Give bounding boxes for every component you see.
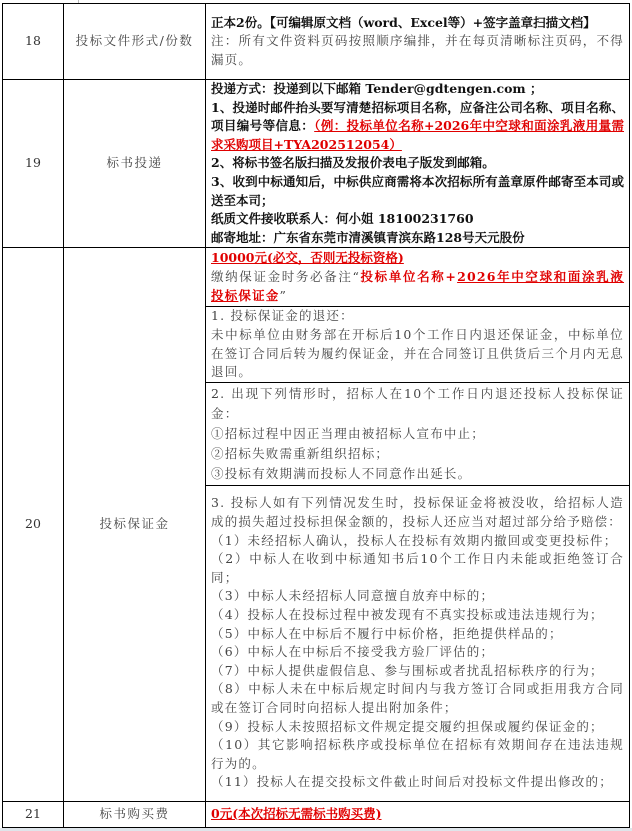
page-number-note: 注：所有文件资料页码按照顺序编排，并在每页清晰标注页码，不得漏页。 — [211, 32, 624, 69]
deposit-amount: 10000元(必交，否则无投标资格) — [211, 249, 624, 268]
row-number: 21 — [3, 801, 64, 827]
row-label: 标书购买费 — [64, 801, 206, 827]
list-item: （3）中标人未经招标人同意擅自放弃中标的； — [211, 587, 624, 606]
list-item: （1）未经招标人确认，投标人在投标有效期内撤回或变更投标件； — [211, 532, 624, 551]
row-number: 19 — [3, 80, 64, 248]
send-scan-instruction: 2、将标书签名版扫描及发报价表电子版发到邮箱。 — [211, 154, 624, 173]
bidding-terms-table: 18 投标文件形式/份数 正本2份。【可编辑原文档（word、Excel等）+签… — [2, 3, 630, 828]
section-text: 未中标单位由财务部在开标后10个工作日内退还保证金，中标单位在签订合同后转为履约… — [211, 326, 624, 382]
list-item: ③投标有效期满而投标人不同意作出延长。 — [211, 464, 624, 484]
list-item: （2）中标人在收到中标通知书后10个工作日内未能或拒绝签订合同； — [211, 550, 624, 587]
row-content: 投递方式：投递到以下邮箱 Tender@gdtengen.com ； 1、投递时… — [206, 80, 630, 248]
row-label: 投标文件形式/份数 — [64, 4, 206, 80]
document-fee: 0元(本次招标无需标书购买费) — [211, 806, 382, 821]
deposit-amount-cell: 10000元(必交，否则无投标资格) 缴纳保证金时务必备注“投标单位名称+202… — [206, 248, 630, 307]
delivery-method: 投递方式：投递到以下邮箱 Tender@gdtengen.com ； — [211, 80, 624, 99]
mailing-address: 邮寄地址：广东省东莞市清溪镇青滨东路128号天元股份 — [211, 229, 624, 248]
row-content: 0元(本次招标无需标书购买费) — [206, 801, 630, 827]
list-item: （5）中标人在中标后不履行中标价格，拒绝提供样品的； — [211, 625, 624, 644]
row-content: 正本2份。【可编辑原文档（word、Excel等）+签字盖章扫描文档】 注：所有… — [206, 4, 630, 80]
section-title: 1. 投标保证金的退还： — [211, 307, 624, 326]
list-item: （6）中标人在中标后不接受我方验厂评估的； — [211, 643, 624, 662]
list-item: （4）投标人在投标过程中被发现有不真实投标或违法违规行为； — [211, 606, 624, 625]
deposit-refund-section: 1. 投标保证金的退还： 未中标单位由财务部在开标后10个工作日内退还保证金，中… — [206, 307, 630, 382]
list-item: （8）中标人未在中标后规定时间内与我方签订合同或拒用我方合同或在签订合同时向招标… — [211, 680, 624, 717]
list-item: （11）投标人在提交投标文件截止时间后对投标文件提出修改的； — [211, 773, 624, 792]
table-row-20: 20 投标保证金 10000元(必交，否则无投标资格) 缴纳保证金时务必备注“投… — [3, 248, 630, 307]
list-item: （7）中标人提供虚假信息、参与围标或者扰乱招标秩序的行为； — [211, 662, 624, 681]
row-number: 20 — [3, 248, 64, 801]
email-subject-instruction: 1、投递时邮件抬头要写清楚招标项目名称，应备注公司名称、项目名称、项目编号等信息… — [211, 99, 624, 155]
row-number: 18 — [3, 4, 64, 80]
section-title: 2. 出现下列情形时，招标人在10个工作日内退还投标人投标保证金： — [211, 384, 624, 424]
deposit-return-section: 2. 出现下列情形时，招标人在10个工作日内退还投标人投标保证金： ①招标过程中… — [206, 382, 630, 485]
table-row-19: 19 标书投递 投递方式：投递到以下邮箱 Tender@gdtengen.com… — [3, 80, 630, 248]
list-item: （10）其它影响招标秩序或投标单位在招标有效期间存在违法违规行为的。 — [211, 736, 624, 773]
table-row-18: 18 投标文件形式/份数 正本2份。【可编辑原文档（word、Excel等）+签… — [3, 4, 630, 80]
contact-person: 纸质文件接收联系人：何小姐 18100231760 — [211, 210, 624, 229]
list-item: ②招标失败需重新组织招标； — [211, 444, 624, 464]
table-row-21: 21 标书购买费 0元(本次招标无需标书购买费) — [3, 801, 630, 827]
mail-originals-instruction: 3、收到中标通知后，中标供应商需将本次招标所有盖章原件邮寄至本司或送至本司； — [211, 173, 624, 210]
row-label: 投标保证金 — [64, 248, 206, 801]
copies-requirement: 正本2份。【可编辑原文档（word、Excel等）+签字盖章扫描文档】 — [211, 14, 624, 33]
deposit-forfeit-section: 3. 投标人如有下列情况发生时，投标保证金将被没收，给招标人造成的损失超过投标担… — [206, 485, 630, 801]
list-item: ①招标过程中因正当理由被招标人宣布中止； — [211, 424, 624, 444]
deposit-remark: 缴纳保证金时务必备注“投标单位名称+2026年中空球和面涂乳液投标保证金” — [211, 268, 624, 305]
row-label: 标书投递 — [64, 80, 206, 248]
section-title: 3. 投标人如有下列情况发生时，投标保证金将被没收，给招标人造成的损失超过投标担… — [211, 494, 624, 531]
list-item: （9）投标人未按照招标文件规定提交履约担保或履约保证金的； — [211, 718, 624, 737]
